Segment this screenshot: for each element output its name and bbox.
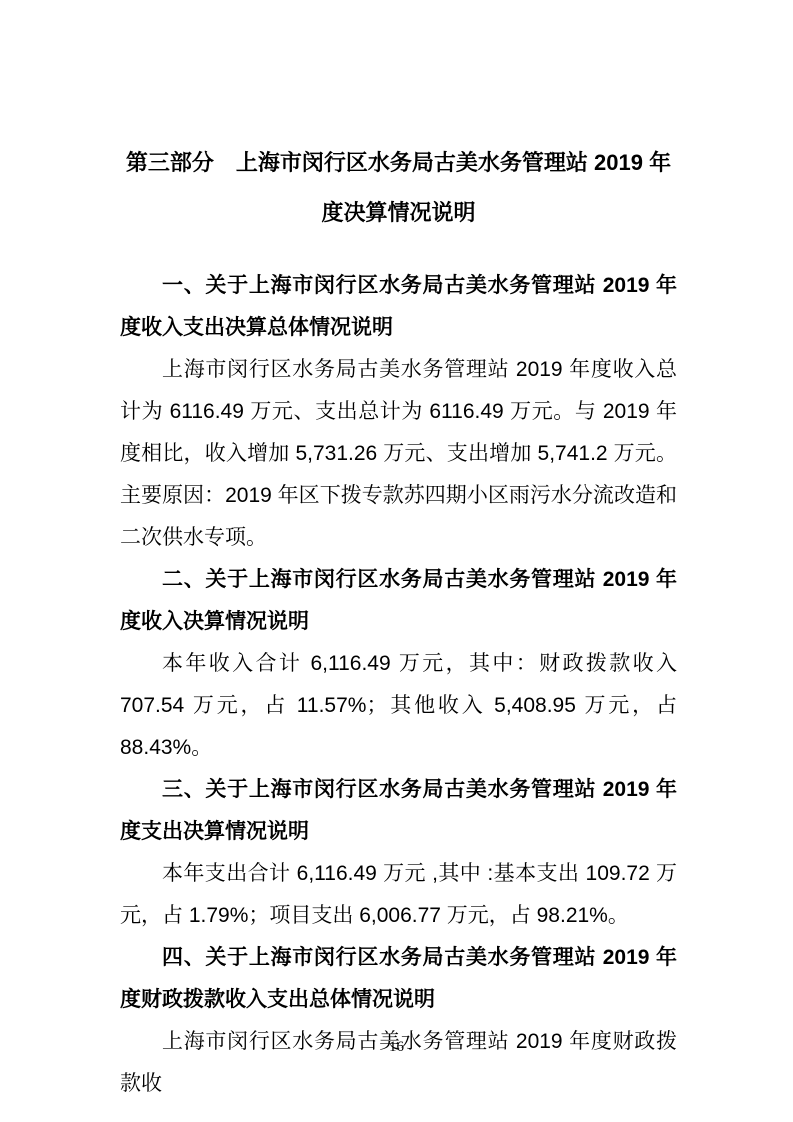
section-1-heading: 一、关于上海市闵行区水务局古美水务管理站 2019 年度收入支出决算总体情况说明	[120, 265, 677, 349]
section-3-heading: 三、关于上海市闵行区水务局古美水务管理站 2019 年度支出决算情况说明	[120, 769, 677, 853]
section-4-body: 上海市闵行区水务局古美水务管理站 2019 年度财政拨款收	[120, 1021, 677, 1105]
document-page: 第三部分 上海市闵行区水务局古美水务管理站 2019 年度决算情况说明 一、关于…	[0, 0, 793, 1122]
section-3-body: 本年支出合计 6,116.49 万元 ,其中 :基本支出 109.72 万元，占…	[120, 853, 677, 937]
page-number: 16	[0, 1039, 793, 1056]
section-2-body: 本年收入合计 6,116.49 万元，其中：财政拨款收入 707.54 万元，占…	[120, 643, 677, 769]
document-content: 第三部分 上海市闵行区水务局古美水务管理站 2019 年度决算情况说明 一、关于…	[120, 138, 677, 1105]
section-2-heading: 二、关于上海市闵行区水务局古美水务管理站 2019 年度收入决算情况说明	[120, 559, 677, 643]
section-4-heading: 四、关于上海市闵行区水务局古美水务管理站 2019 年度财政拨款收入支出总体情况…	[120, 937, 677, 1021]
section-1-body: 上海市闵行区水务局古美水务管理站 2019 年度收入总计为 6116.49 万元…	[120, 349, 677, 559]
document-title: 第三部分 上海市闵行区水务局古美水务管理站 2019 年度决算情况说明	[120, 138, 677, 238]
